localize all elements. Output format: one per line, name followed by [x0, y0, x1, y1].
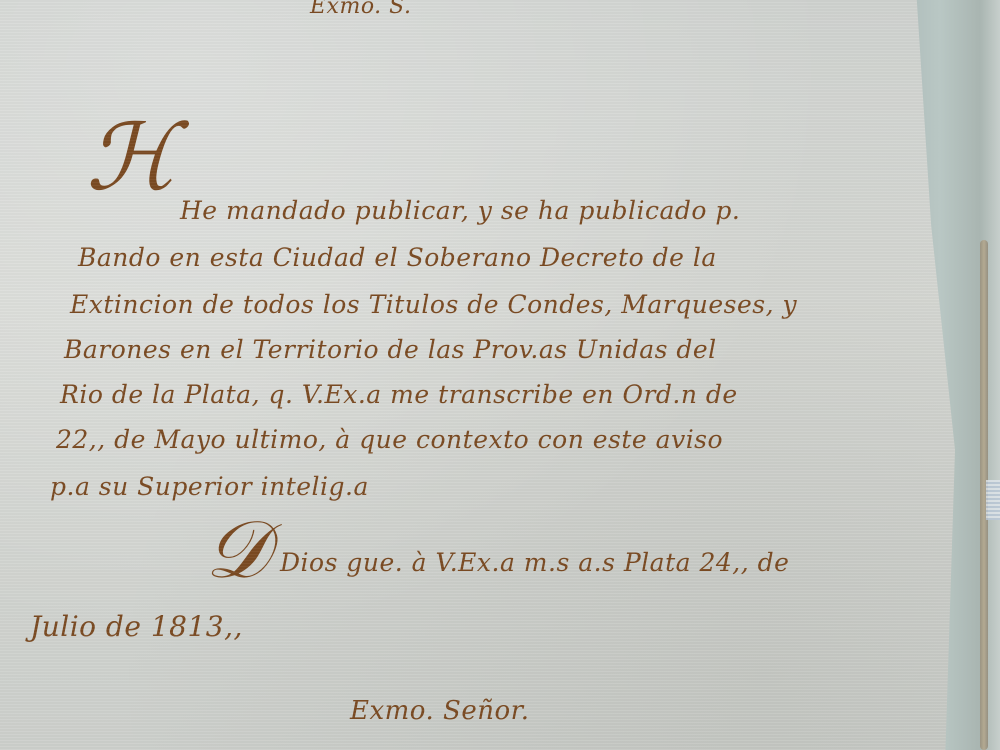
- decorative-initial-d: 𝒟: [205, 510, 269, 590]
- body-line-5: Rio de la Plata, q. V.Ex.a me transcribe…: [60, 380, 738, 409]
- header-salutation: Exmo. S.: [310, 0, 411, 19]
- manuscript-page: Exmo. S. ℋ He mandado publicar, y se ha …: [0, 0, 955, 750]
- decorative-initial-h: ℋ: [86, 112, 177, 204]
- body-line-7: p.a su Superior intelig.a: [50, 472, 369, 501]
- body-line-3: Extincion de todos los Titulos de Condes…: [70, 290, 797, 319]
- closing-salutation: Exmo. Señor.: [350, 696, 529, 726]
- body-line-1: He mandado publicar, y se ha publicado p…: [180, 196, 740, 225]
- valediction-line-1: Dios gue. à V.Ex.a m.s a.s Plata 24,, de: [280, 548, 789, 577]
- body-line-2: Bando en esta Ciudad el Soberano Decreto…: [78, 243, 717, 272]
- body-line-6: 22,, de Mayo ultimo, à que contexto con …: [56, 425, 723, 454]
- valediction-line-2: Julio de 1813,,: [30, 610, 243, 643]
- stamp-fragment: [986, 480, 1000, 520]
- body-line-4: Barones en el Territorio de las Prov.as …: [64, 335, 717, 364]
- manuscript-photo: Exmo. S. ℋ He mandado publicar, y se ha …: [0, 0, 1000, 750]
